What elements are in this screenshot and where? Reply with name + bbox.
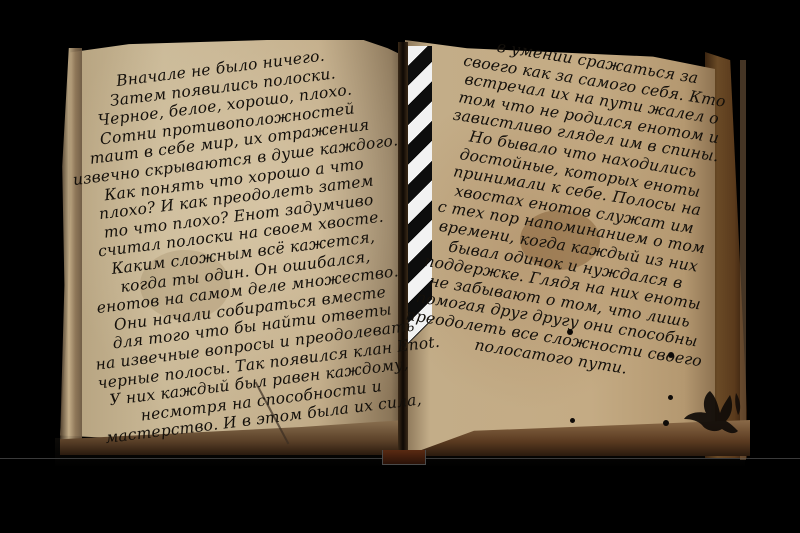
spine-foot (382, 450, 426, 465)
ink-dot (668, 352, 674, 358)
left-page-text: Вначале не было ничего. Затем появились … (61, 40, 424, 448)
ink-dot (567, 329, 573, 335)
bird-ink-splatter-icon (680, 385, 744, 437)
ink-dot (668, 395, 673, 400)
right-page-text: в умении сражаться за своего как за само… (392, 29, 758, 391)
ink-dot (663, 420, 669, 426)
open-book: Вначале не было ничего. Затем появились … (0, 0, 800, 533)
ink-dot (570, 418, 575, 423)
